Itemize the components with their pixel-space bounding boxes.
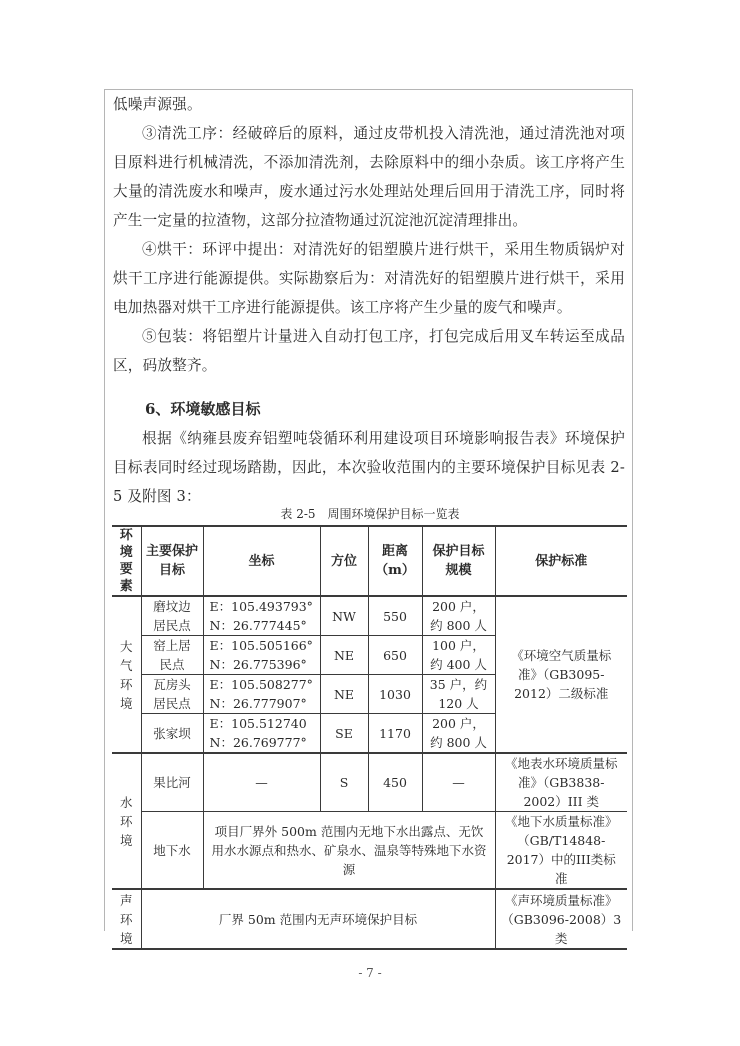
paragraph-washing: ③清洗工序：经破碎后的原料，通过皮带机投入清洗池，通过清洗池对项目原料进行机械清… bbox=[113, 119, 625, 235]
air-standard-cell: 《环境空气质量标准》（GB3095-2012）二级标准 bbox=[495, 596, 627, 753]
section-heading: 6、环境敏感目标 bbox=[145, 395, 260, 424]
noise-standard-cell: 《声环境质量标准》（GB3096-2008）3 类 bbox=[495, 889, 627, 949]
coord-cell: — bbox=[203, 753, 320, 812]
direction-cell: NE bbox=[320, 675, 368, 714]
environment-targets-table: 环境要素 主要保护目标 坐标 方位 距离（m） 保护目标规模 保护标准 大气环境… bbox=[112, 525, 627, 950]
table-row: 声环境 厂界 50m 范围内无声环境保护目标 《声环境质量标准》（GB3096-… bbox=[112, 889, 627, 949]
header-distance: 距离（m） bbox=[368, 526, 422, 596]
target-cell: 窑上居民点 bbox=[141, 636, 203, 675]
table-header-row: 环境要素 主要保护目标 坐标 方位 距离（m） 保护目标规模 保护标准 bbox=[112, 526, 627, 596]
paragraph-noise-source: 低噪声源强。 bbox=[113, 90, 625, 119]
distance-cell: 1030 bbox=[368, 675, 422, 714]
groundwater-standard-cell: 《地下水质量标准》（GB/T14848-2017）中的III类标准 bbox=[495, 812, 627, 890]
groundwater-desc-cell: 项目厂界外 500m 范围内无地下水出露点、无饮用水水源点和热水、矿泉水、温泉等… bbox=[203, 812, 495, 890]
direction-cell: NW bbox=[320, 596, 368, 636]
coord-cell: E：105.512740N：26.769777° bbox=[203, 714, 320, 754]
page-number: - 7 - bbox=[0, 966, 740, 980]
direction-cell: SE bbox=[320, 714, 368, 754]
scale-cell: 200 户，约 800 人 bbox=[422, 714, 495, 754]
section-intro: 根据《纳雍县废弃铝塑吨袋循环利用建设项目环境影响报告表》环境保护目标表同时经过现… bbox=[113, 424, 625, 511]
direction-cell: S bbox=[320, 753, 368, 812]
table-row: 地下水 项目厂界外 500m 范围内无地下水出露点、无饮用水水源点和热水、矿泉水… bbox=[112, 812, 627, 890]
coord-cell: E：105.508277°N：26.777907° bbox=[203, 675, 320, 714]
header-standard: 保护标准 bbox=[495, 526, 627, 596]
table-caption: 表 2-5 周围环境保护目标一览表 bbox=[0, 506, 740, 522]
distance-cell: 650 bbox=[368, 636, 422, 675]
target-cell: 瓦房头居民点 bbox=[141, 675, 203, 714]
direction-cell: NE bbox=[320, 636, 368, 675]
distance-cell: 1170 bbox=[368, 714, 422, 754]
distance-cell: 450 bbox=[368, 753, 422, 812]
header-element: 环境要素 bbox=[112, 526, 141, 596]
surface-water-standard-cell: 《地表水环境质量标准》（GB3838-2002）III 类 bbox=[495, 753, 627, 812]
coord-cell: E：105.493793°N：26.777445° bbox=[203, 596, 320, 636]
coord-cell: E：105.505166°N：26.775396° bbox=[203, 636, 320, 675]
scale-cell: 100 户，约 400 人 bbox=[422, 636, 495, 675]
table-row: 水环境 果比河 — S 450 — 《地表水环境质量标准》（GB3838-200… bbox=[112, 753, 627, 812]
header-target: 主要保护目标 bbox=[141, 526, 203, 596]
scale-cell: 200 户，约 800 人 bbox=[422, 596, 495, 636]
header-scale: 保护目标规模 bbox=[422, 526, 495, 596]
target-cell: 张家坝 bbox=[141, 714, 203, 754]
noise-desc-cell: 厂界 50m 范围内无声环境保护目标 bbox=[141, 889, 495, 949]
distance-cell: 550 bbox=[368, 596, 422, 636]
scale-cell: 35 户，约 120 人 bbox=[422, 675, 495, 714]
target-cell: 果比河 bbox=[141, 753, 203, 812]
target-cell: 磨坟边居民点 bbox=[141, 596, 203, 636]
target-cell: 地下水 bbox=[141, 812, 203, 890]
header-direction: 方位 bbox=[320, 526, 368, 596]
paragraph-packaging: ⑤包装：将铝塑片计量进入自动打包工序，打包完成后用叉车转运至成品区，码放整齐。 bbox=[113, 322, 625, 380]
group-air-label: 大气环境 bbox=[112, 596, 141, 753]
header-coord: 坐标 bbox=[203, 526, 320, 596]
paragraph-drying: ④烘干：环评中提出：对清洗好的铝塑膜片进行烘干，采用生物质锅炉对烘干工序进行能源… bbox=[113, 235, 625, 322]
table-row: 大气环境 磨坟边居民点 E：105.493793°N：26.777445° NW… bbox=[112, 596, 627, 636]
scale-cell: — bbox=[422, 753, 495, 812]
group-water-label: 水环境 bbox=[112, 753, 141, 889]
group-noise-label: 声环境 bbox=[112, 889, 141, 949]
